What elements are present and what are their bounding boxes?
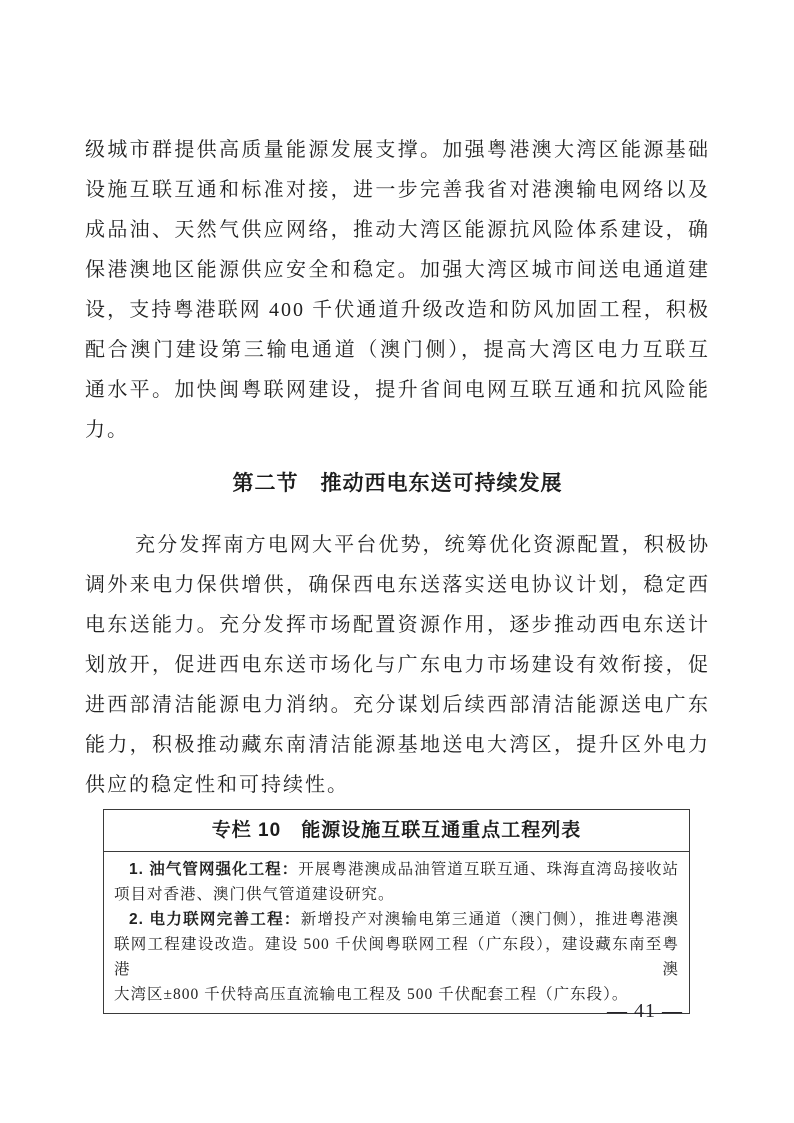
page-number: — 41 —	[0, 1000, 794, 1023]
text-line: 成品油、天然气供应网络，推动大湾区能源抗风险体系建设，确	[85, 210, 710, 250]
box-body: 1. 油气管网强化工程：开展粤港澳成品油管道互联互通、珠海直湾岛接收站 项目对香…	[104, 852, 689, 1013]
document-page: 级城市群提供高质量能源发展支撑。加强粤港澳大湾区能源基础 设施互联互通和标准对接…	[0, 0, 794, 1123]
text-line: 能力，积极推动藏东南清洁能源基地送电大湾区，提升区外电力	[85, 725, 710, 765]
text-line: 设，支持粤港联网 400 千伏通道升级改造和防风加固工程，积极	[85, 290, 710, 330]
text-line: 电东送能力。充分发挥市场配置资源作用，逐步推动西电东送计	[85, 605, 710, 645]
text-line: 配合澳门建设第三输电通道（澳门侧），提高大湾区电力互联互	[85, 330, 710, 370]
text-line: 供应的稳定性和可持续性。	[85, 765, 710, 805]
box-item-1-line-2: 项目对香港、澳门供气管道建设研究。	[114, 882, 679, 907]
column-10-box: 专栏 10 能源设施互联互通重点工程列表 1. 油气管网强化工程：开展粤港澳成品…	[103, 809, 690, 1014]
text-column: 级城市群提供高质量能源发展支撑。加强粤港澳大湾区能源基础 设施互联互通和标准对接…	[85, 0, 710, 1014]
box-item-2-line-2: 联网工程建设改造。建设 500 千伏闽粤联网工程（广东段），建设藏东南至粤港澳	[114, 932, 679, 982]
text-line: 划放开，促进西电东送市场化与广东电力市场建设有效衔接，促	[85, 645, 710, 685]
box-item-1-lead: 1. 油气管网强化工程：	[129, 861, 298, 878]
text-line: 级城市群提供高质量能源发展支撑。加强粤港澳大湾区能源基础	[85, 130, 710, 170]
paragraph: 充分发挥南方电网大平台优势，统筹优化资源配置，积极协 调外来电力保供增供，确保西…	[85, 525, 710, 805]
text-line: 通水平。加快闽粤联网建设，提升省间电网互联互通和抗风险能	[85, 370, 710, 410]
text-line: 设施互联互通和标准对接，进一步完善我省对港澳输电网络以及	[85, 170, 710, 210]
box-item-2-lead: 2. 电力联网完善工程：	[129, 911, 301, 928]
box-item-1-text: 开展粤港澳成品油管道互联互通、珠海直湾岛接收站	[298, 861, 679, 878]
text-line: 保港澳地区能源供应安全和稳定。加强大湾区城市间送电通道建	[85, 250, 710, 290]
text-line: 充分发挥南方电网大平台优势，统筹优化资源配置，积极协	[85, 525, 710, 565]
text-line: 力。	[85, 410, 710, 450]
box-item-2-line-1: 2. 电力联网完善工程：新增投产对澳输电第三通道（澳门侧），推进粤港澳	[114, 907, 679, 932]
text-line: 进西部清洁能源电力消纳。充分谋划后续西部清洁能源送电广东	[85, 685, 710, 725]
page-number-text: — 41 —	[607, 1000, 683, 1022]
box-item-1-line-1: 1. 油气管网强化工程：开展粤港澳成品油管道互联互通、珠海直湾岛接收站	[114, 857, 679, 882]
paragraph-continuation: 级城市群提供高质量能源发展支撑。加强粤港澳大湾区能源基础 设施互联互通和标准对接…	[85, 130, 710, 450]
box-item-2-text: 新增投产对澳输电第三通道（澳门侧），推进粤港澳	[301, 911, 679, 928]
text-line: 调外来电力保供增供，确保西电东送落实送电协议计划，稳定西	[85, 565, 710, 605]
section-heading: 第二节 推动西电东送可持续发展	[85, 469, 710, 499]
box-title: 专栏 10 能源设施互联互通重点工程列表	[104, 810, 689, 852]
